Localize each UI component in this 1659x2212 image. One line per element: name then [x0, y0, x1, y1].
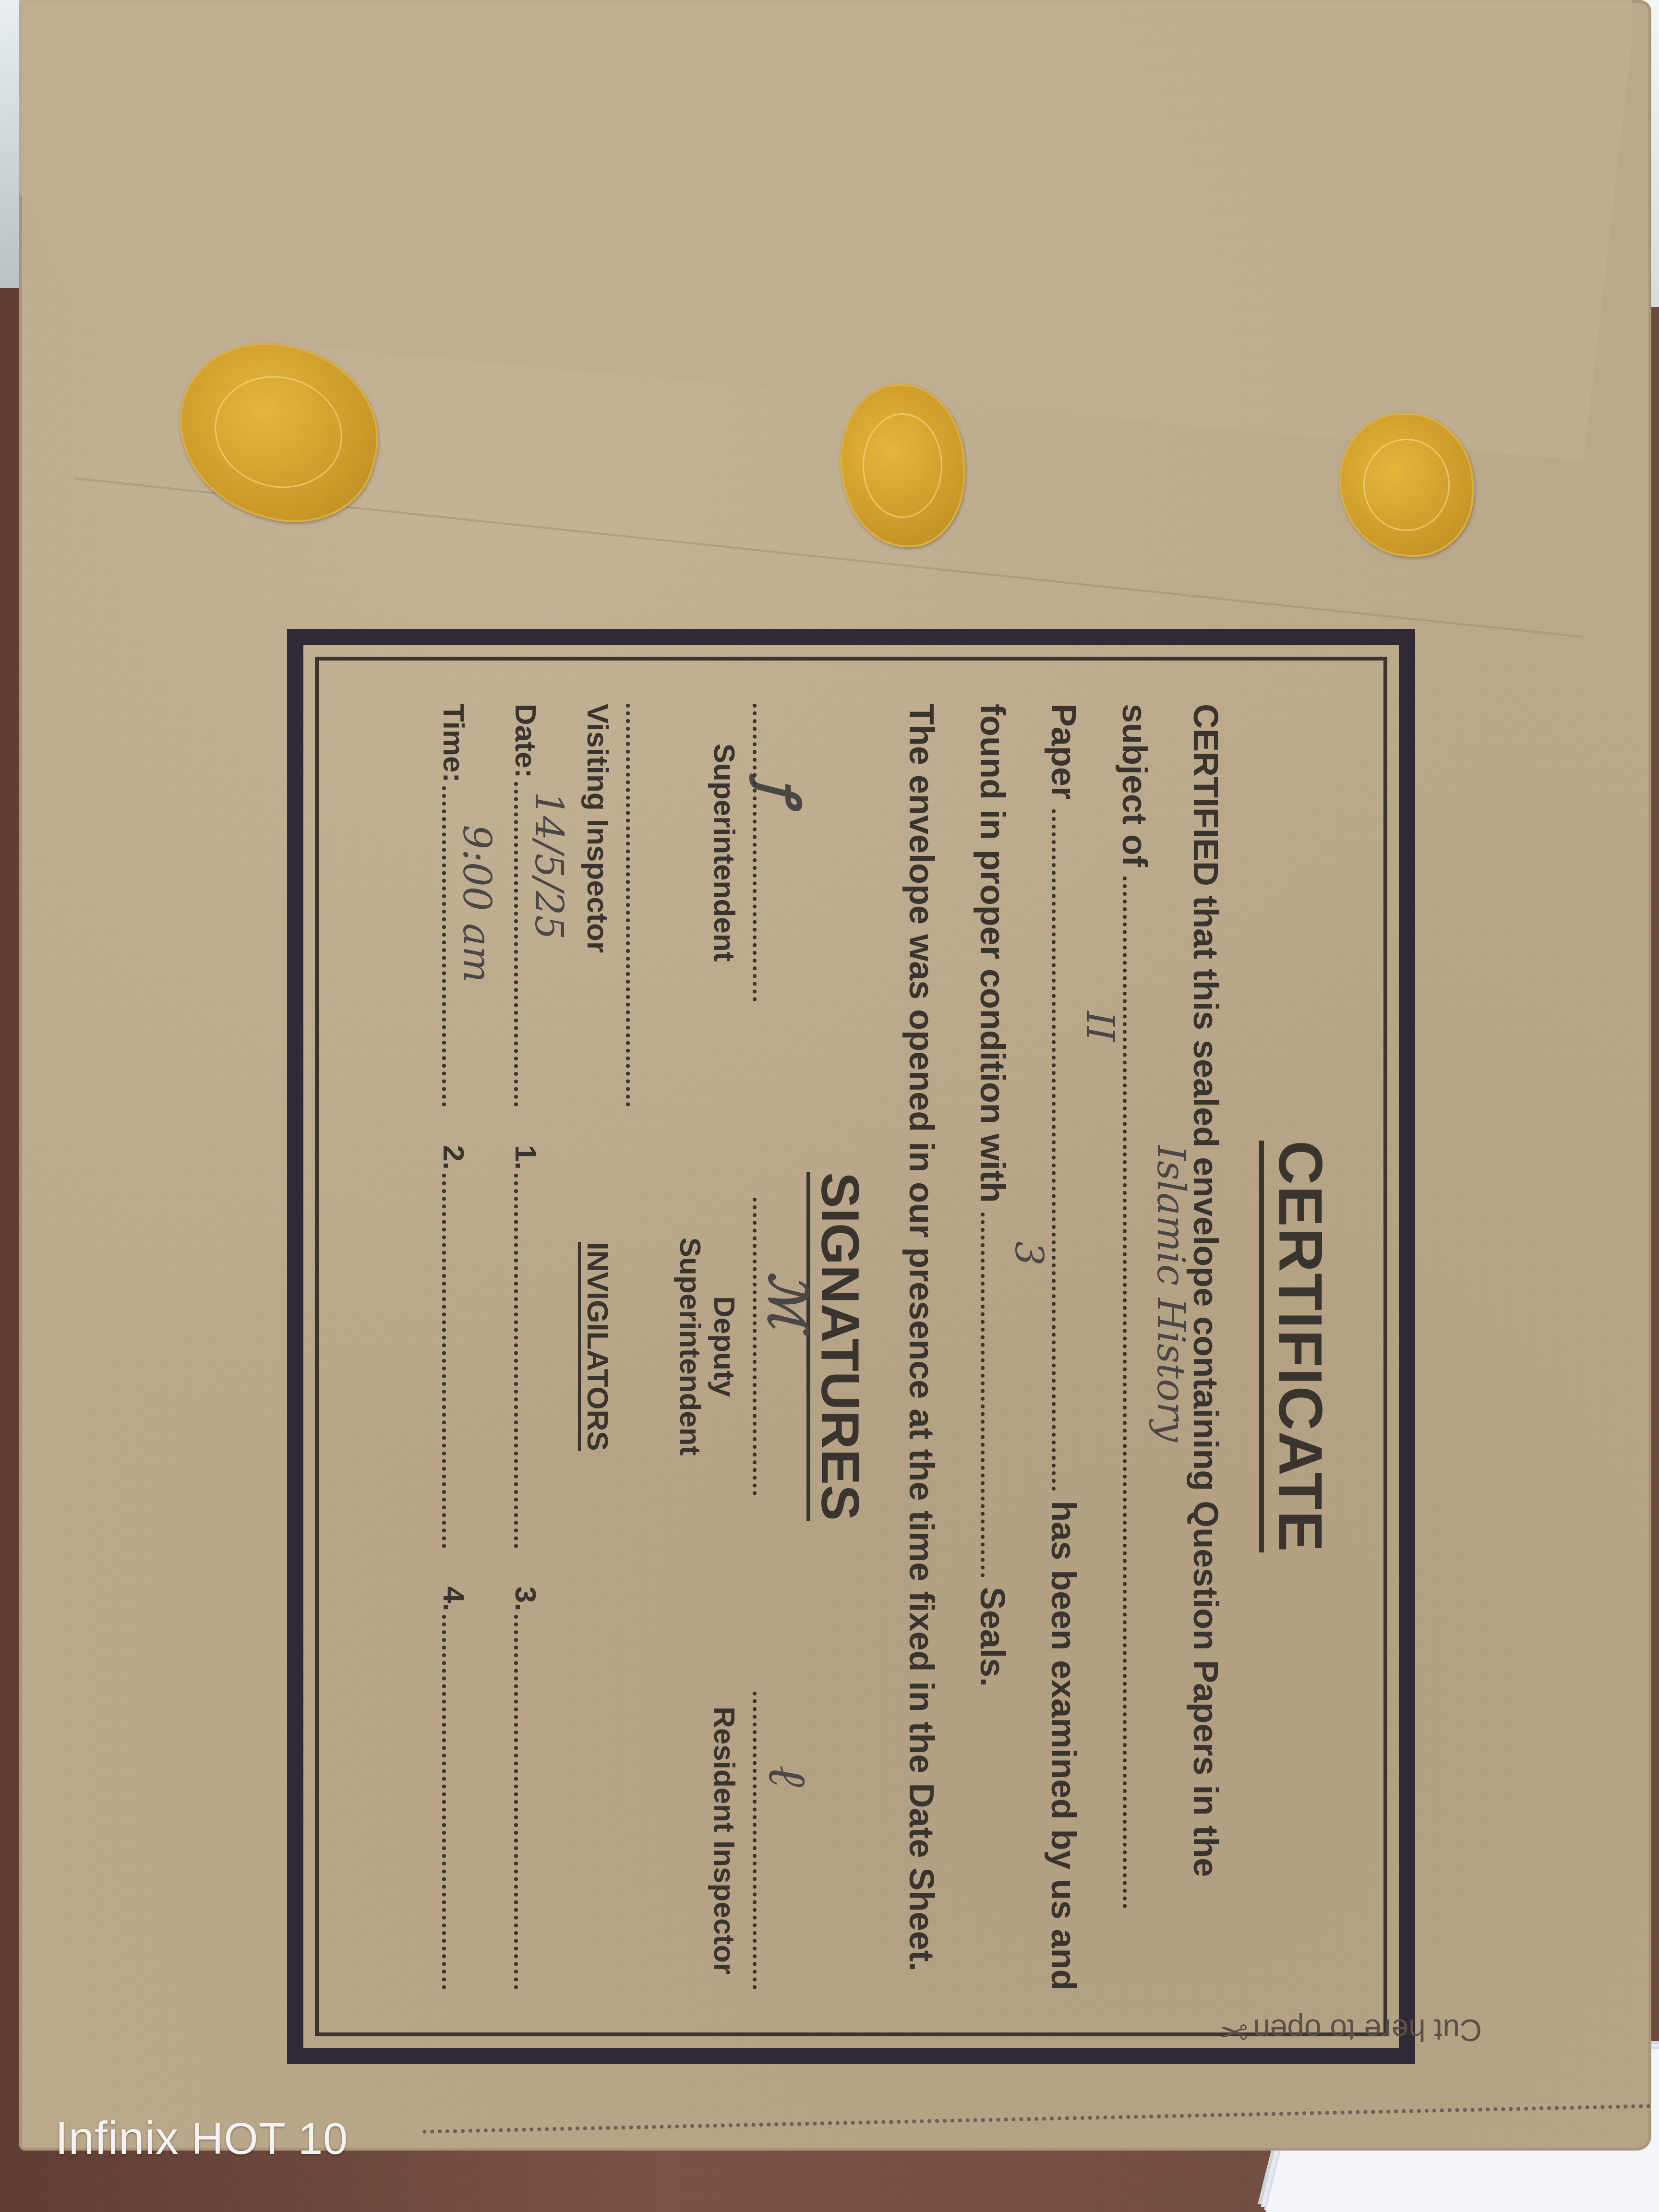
- seals-field[interactable]: 3: [981, 1213, 989, 1577]
- invigilator-2[interactable]: 2.: [436, 1145, 489, 1548]
- paper-field[interactable]: II: [1052, 809, 1060, 1491]
- resident-inspector-signature[interactable]: ℓ Resident Inspector: [673, 1692, 761, 1989]
- signatures-row: ꝭ Superintendent ℳ Deputy Superintendent…: [673, 704, 761, 1989]
- cut-here-label: Cut here to open✂: [1219, 2011, 1482, 2052]
- certificate-border: CERTIFICATE CERTIFIED that this sealed e…: [287, 629, 1415, 2064]
- superintendent-signature[interactable]: ꝭ Superintendent: [673, 704, 761, 1001]
- signatures-title: SIGNATURES: [809, 704, 871, 1989]
- visiting-inspector-signature[interactable]: Visiting Inspector: [580, 704, 635, 1106]
- date-field[interactable]: Date: 14/5/25: [508, 704, 561, 1106]
- date-value: 14/5/25: [527, 792, 571, 939]
- invigilators-title: INVIGILATORS: [580, 1145, 614, 1548]
- subject-value: Islamic History: [1135, 1145, 1206, 1442]
- scissors-icon: ✂: [1219, 2011, 1248, 2052]
- certificate-content: CERTIFICATE CERTIFIED that this sealed e…: [315, 657, 1387, 2036]
- signature-mark: ℓ: [757, 1766, 819, 1789]
- paper-value: II: [1064, 1011, 1135, 1041]
- camera-watermark: InfinixHOT 10: [55, 2112, 348, 2165]
- time-field[interactable]: Time: 9:00 am: [436, 704, 489, 1106]
- invigilator-3[interactable]: 3.: [508, 1587, 561, 1989]
- subject-line: subject of Islamic History: [1099, 704, 1170, 1989]
- bottom-section: Visiting Inspector INVIGILATORS Date: 14…: [436, 704, 635, 1989]
- signature-mark: ℳ: [757, 1272, 819, 1329]
- time-value: 9:00 am: [455, 825, 499, 983]
- deputy-superintendent-signature[interactable]: ℳ Deputy Superintendent: [673, 1198, 761, 1495]
- opened-line: The envelope was opened in our presence …: [886, 704, 957, 1989]
- seals-value: 3: [993, 1241, 1064, 1266]
- certificate-title: CERTIFICATE: [1265, 704, 1335, 1989]
- paper-line: Paper II has been examined by us and: [1028, 704, 1099, 1989]
- invigilator-1[interactable]: 1.: [508, 1145, 561, 1548]
- invigilator-4[interactable]: 4.: [436, 1587, 489, 1989]
- seals-line: found in proper condition with 3 Seals.: [957, 704, 1028, 1989]
- certificate-area: CERTIFICATE CERTIFIED that this sealed e…: [287, 629, 1415, 2064]
